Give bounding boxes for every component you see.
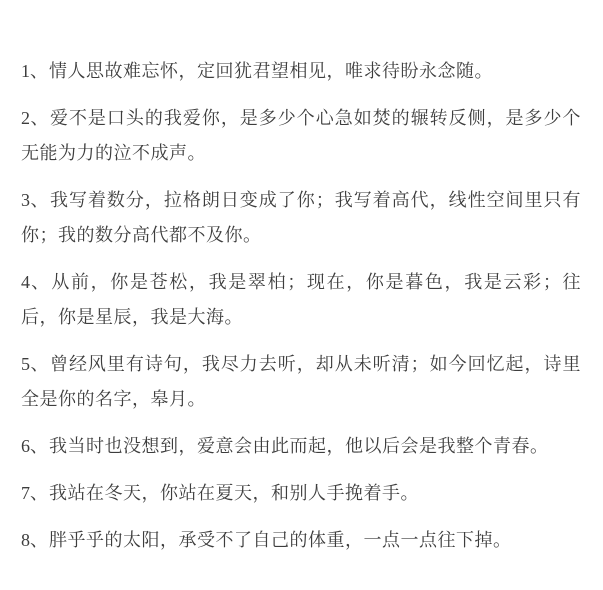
- list-item: 2、爱不是口头的我爱你，是多少个心急如焚的辗转反侧，是多少个无能为力的泣不成声。: [21, 101, 581, 171]
- item-number: 7、: [21, 483, 49, 503]
- list-item: 8、胖乎乎的太阳，承受不了自己的体重，一点一点往下掉。: [21, 523, 581, 558]
- document-page: 1、情人思故难忘怀，定回犹君望相见，唯求待盼永念随。 2、爱不是口头的我爱你，是…: [0, 0, 603, 590]
- item-number: 8、: [21, 530, 49, 550]
- item-text: 我当时也没想到，爱意会由此而起，他以后会是我整个青春。: [49, 436, 549, 456]
- item-text: 胖乎乎的太阳，承受不了自己的体重，一点一点往下掉。: [49, 530, 512, 550]
- list-item: 5、曾经风里有诗句，我尽力去听，却从未听清；如今回忆起，诗里全是你的名字，皋月。: [21, 347, 581, 417]
- list-item: 6、我当时也没想到，爱意会由此而起，他以后会是我整个青春。: [21, 429, 581, 464]
- item-number: 3、: [21, 190, 50, 210]
- list-item: 4、从前，你是苍松，我是翠柏；现在，你是暮色，我是云彩；往后，你是星辰，我是大海…: [21, 265, 581, 335]
- item-number: 6、: [21, 436, 49, 456]
- item-text: 爱不是口头的我爱你，是多少个心急如焚的辗转反侧，是多少个无能为力的泣不成声。: [21, 108, 581, 163]
- item-number: 2、: [21, 108, 50, 128]
- item-text: 曾经风里有诗句，我尽力去听，却从未听清；如今回忆起，诗里全是你的名字，皋月。: [21, 354, 581, 409]
- list-item: 3、我写着数分，拉格朗日变成了你；我写着高代，线性空间里只有你；我的数分高代都不…: [21, 183, 581, 253]
- item-number: 1、: [21, 61, 49, 81]
- list-item: 1、情人思故难忘怀，定回犹君望相见，唯求待盼永念随。: [21, 54, 581, 89]
- item-number: 5、: [21, 354, 50, 374]
- item-text: 我写着数分，拉格朗日变成了你；我写着高代，线性空间里只有你；我的数分高代都不及你…: [21, 190, 581, 245]
- item-text: 我站在冬天，你站在夏天，和别人手挽着手。: [49, 483, 419, 503]
- item-text: 情人思故难忘怀，定回犹君望相见，唯求待盼永念随。: [49, 61, 493, 81]
- list-item: 7、我站在冬天，你站在夏天，和别人手挽着手。: [21, 476, 581, 511]
- item-number: 4、: [21, 272, 51, 292]
- item-text: 从前，你是苍松，我是翠柏；现在，你是暮色，我是云彩；往后，你是星辰，我是大海。: [21, 272, 581, 327]
